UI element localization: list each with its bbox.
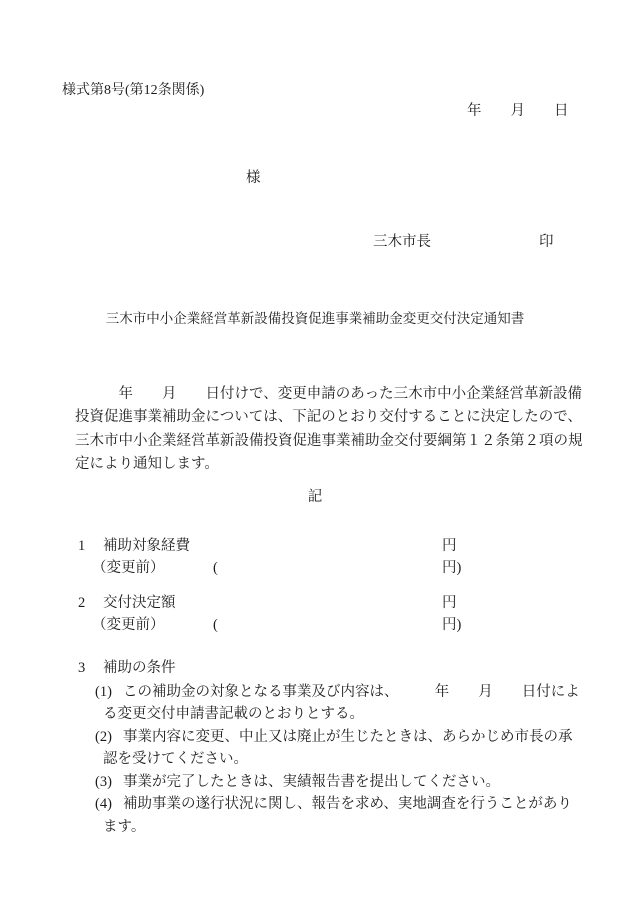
condition-marker: (4) [95, 797, 112, 812]
body-line: 年 月 日付けで、変更申請のあった三木市中小企業経営革新設備 [75, 383, 575, 406]
condition-text: 認を受けてください。 [103, 752, 248, 767]
document-page: 様式第8号(第12条関係) 年 月 日 様 三木市長 印 三木市中小企業経営革新… [0, 0, 630, 903]
amount-unit: 円 [442, 539, 457, 554]
condition-marker: (1) [95, 685, 112, 700]
previous-open-paren: ( [213, 561, 218, 576]
item-label: 交付決定額 [103, 596, 176, 611]
item-number: 3 [78, 661, 85, 676]
body-paragraph: 年 月 日付けで、変更申請のあった三木市中小企業経営革新設備 投資促進事業補助金… [75, 383, 575, 476]
issuer-name: 三木市長 [373, 235, 431, 250]
previous-label: （変更前） [92, 618, 165, 633]
amount-unit: 円 [442, 596, 457, 611]
previous-label: （変更前） [92, 561, 165, 576]
record-marker: 記 [0, 490, 630, 505]
previous-unit: 円) [442, 561, 461, 576]
body-line: 三木市中小企業経営革新設備投資促進事業補助金交付要綱第１２条第２項の規 [75, 430, 575, 453]
item-label: 補助対象経費 [103, 539, 190, 554]
form-number: 様式第8号(第12条関係) [62, 84, 204, 98]
condition-text: 事業内容に変更、中止又は廃止が生じたときは、あらかじめ市長の承 [123, 730, 573, 745]
condition-text: る変更交付申請書記載のとおりとする。 [103, 707, 364, 722]
condition-marker: (3) [95, 775, 112, 790]
item-number: 1 [78, 539, 85, 554]
condition-text: この補助金の対象となる事業及び内容は、 年 月 日付によ [123, 685, 580, 700]
seal-mark: 印 [539, 235, 554, 250]
condition-text: 事業が完了したときは、実績報告書を提出してください。 [123, 775, 500, 790]
item-number: 2 [78, 596, 85, 611]
condition-text: 補助事業の遂行状況に関し、報告を求め、実地調査を行うことがあり [123, 797, 572, 812]
condition-marker: (2) [95, 730, 112, 745]
previous-open-paren: ( [213, 618, 218, 633]
issue-date-line: 年 月 日 [467, 104, 569, 119]
body-line: 投資促進事業補助金については、下記のとおり交付することに決定したので、 [75, 406, 575, 429]
previous-unit: 円) [442, 618, 461, 633]
document-title: 三木市中小企業経営革新設備投資促進事業補助金変更交付決定通知書 [0, 312, 630, 326]
condition-text: ます。 [103, 820, 145, 835]
body-line: 定により通知します。 [75, 453, 575, 476]
item-label: 補助の条件 [103, 661, 176, 676]
addressee-honorific: 様 [246, 171, 261, 186]
